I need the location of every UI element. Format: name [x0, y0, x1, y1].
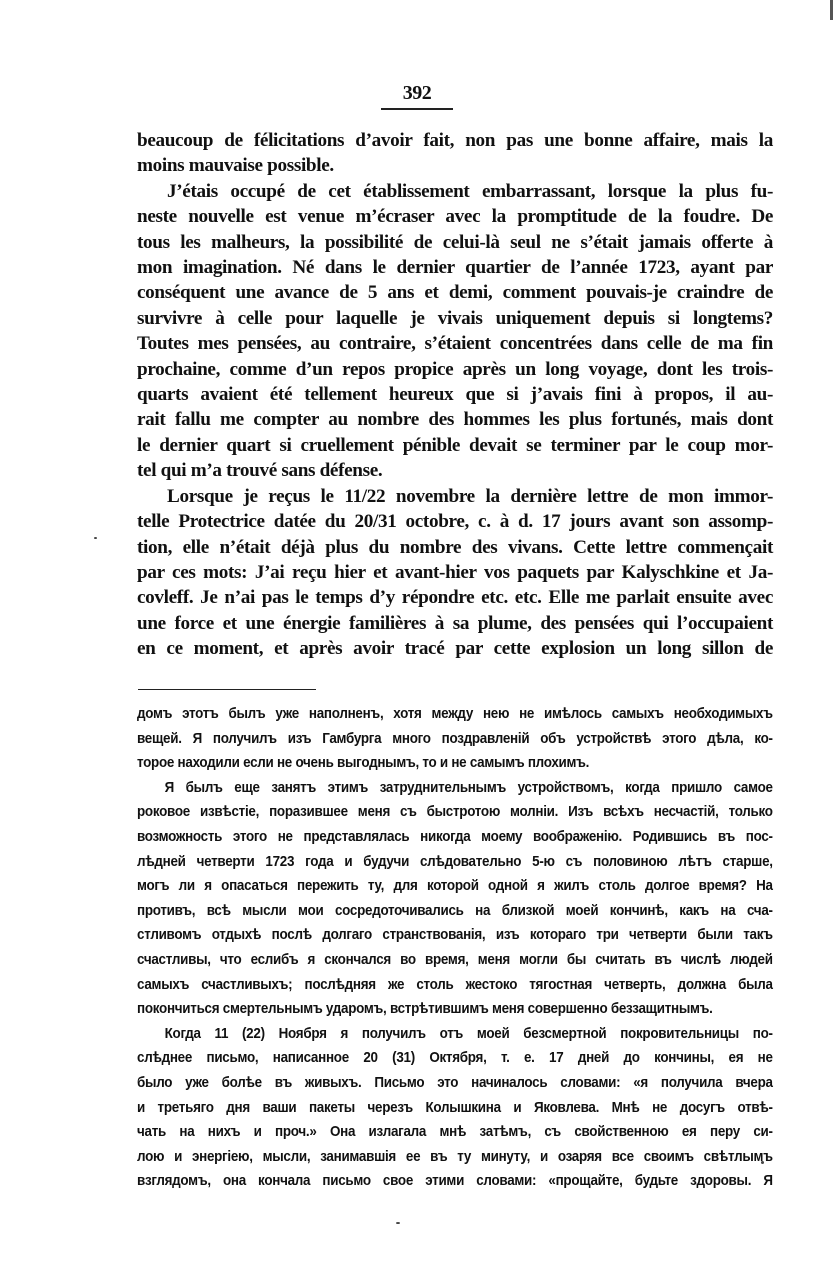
footnote-line: противъ, всѣ мысли мои сосредоточивались… [137, 899, 773, 924]
footnote-line: покончиться смертельнымъ ударомъ, встрѣт… [137, 997, 773, 1022]
footnote-line: стливомъ отдыхѣ послѣ долгаго странствов… [137, 923, 773, 948]
text-line: neste nouvelle est venue m’écraser avec … [137, 204, 773, 229]
paragraph: beaucoup de félicitations d’avoir fait, … [137, 128, 773, 179]
footnote-translation: домъ этотъ былъ уже наполненъ, хотя межд… [137, 702, 722, 1194]
text-line: covleff. Je n’ai pas le temps d’y répond… [137, 585, 773, 610]
text-line: J’étais occupé de cet établissement emba… [137, 179, 773, 204]
footnote-line: домъ этотъ былъ уже наполненъ, хотя межд… [137, 702, 773, 727]
footnote-separator-rule [138, 689, 316, 690]
footnote-paragraph: Когда 11 (22) Ноября я получилъ отъ моей… [137, 1022, 773, 1194]
footnote-line: Я былъ еще занятъ этимъ затруднительнымъ… [137, 776, 773, 801]
text-line: rait fallu me compter au nombre des homm… [137, 407, 773, 432]
text-line: tion, elle n’était déjà plus du nombre d… [137, 535, 773, 560]
footnote-line: самыхъ счастливыхъ; послѣдняя же столь ж… [137, 973, 773, 998]
text-line: Toutes mes pensées, au contraire, s’étai… [137, 331, 773, 356]
scan-speck [94, 537, 97, 539]
footnote-paragraph: Я былъ еще занятъ этимъ затруднительнымъ… [137, 776, 773, 1022]
footnote-line: слѣднее письмо, написанное 20 (31) Октяб… [137, 1046, 773, 1071]
footnote-line: чать на нихъ и проч.» Она излагала мнѣ з… [137, 1120, 773, 1145]
scan-edge-mark [830, 0, 833, 20]
footnote-line: Когда 11 (22) Ноября я получилъ отъ моей… [137, 1022, 773, 1047]
page-header: 392 [0, 82, 834, 110]
footnote-line: лѣдней четверти 1723 года и будучи слѣдо… [137, 850, 773, 875]
text-line: le dernier quart si cruellement pénible … [137, 433, 773, 458]
footnote-line: было уже болѣе въ живыхъ. Письмо это нач… [137, 1071, 773, 1096]
footnote-line: могъ ли я опасаться пережить ту, для кот… [137, 874, 773, 899]
text-line: prochaine, comme d’un repos propice aprè… [137, 357, 773, 382]
footnote-paragraph: домъ этотъ былъ уже наполненъ, хотя межд… [137, 702, 773, 776]
footnote-line: взглядомъ, она кончала письмо свое этими… [137, 1169, 773, 1194]
text-line: tous les malheurs, la possibilité de cel… [137, 230, 773, 255]
text-line: par ces mots: J’ai reçu hier et avant-hi… [137, 560, 773, 585]
text-line: quarts avaient été tellement heureux que… [137, 382, 773, 407]
footnote-line: счастливы, что еслибъ я скончался во вре… [137, 948, 773, 973]
footnote-line: возможность этого не представлялась нико… [137, 825, 773, 850]
text-line: telle Protectrice datée du 20/31 octobre… [137, 509, 773, 534]
text-line: mon imagination. Né dans le dernier quar… [137, 255, 773, 280]
main-text-body: beaucoup de félicitations d’avoir fait, … [137, 128, 773, 662]
text-line: survivre à celle pour laquelle je vivais… [137, 306, 773, 331]
footnote-line: вещей. Я получилъ изъ Гамбурга много поз… [137, 727, 773, 752]
footnote-line: торое находили если не очень выгоднымъ, … [137, 751, 773, 776]
text-line: tel qui m’a trouvé sans défense. [137, 458, 773, 483]
text-line: une force et une énergie familières à sa… [137, 611, 773, 636]
scan-speck [761, 1161, 764, 1164]
text-line: moins mauvaise possible. [137, 153, 773, 178]
footnote-line: роковое извѣстіе, поразившее меня съ быс… [137, 800, 773, 825]
text-line: Lorsque je reçus le 11/22 novembre la de… [137, 484, 773, 509]
footnote-line: лою и энергіею, мысли, занимавшія ее въ … [137, 1145, 773, 1170]
footnote-line: и третьяго дня ваши пакеты черезъ Колышк… [137, 1096, 773, 1121]
paragraph: J’étais occupé de cet établissement emba… [137, 179, 773, 484]
page-number: 392 [381, 82, 454, 110]
text-line: beaucoup de félicitations d’avoir fait, … [137, 128, 773, 153]
text-line: conséquent une avance de 5 ans et demi, … [137, 280, 773, 305]
paragraph: Lorsque je reçus le 11/22 novembre la de… [137, 484, 773, 662]
text-line: en ce moment, et après avoir tracé par c… [137, 636, 773, 661]
scan-speck [396, 1222, 400, 1224]
